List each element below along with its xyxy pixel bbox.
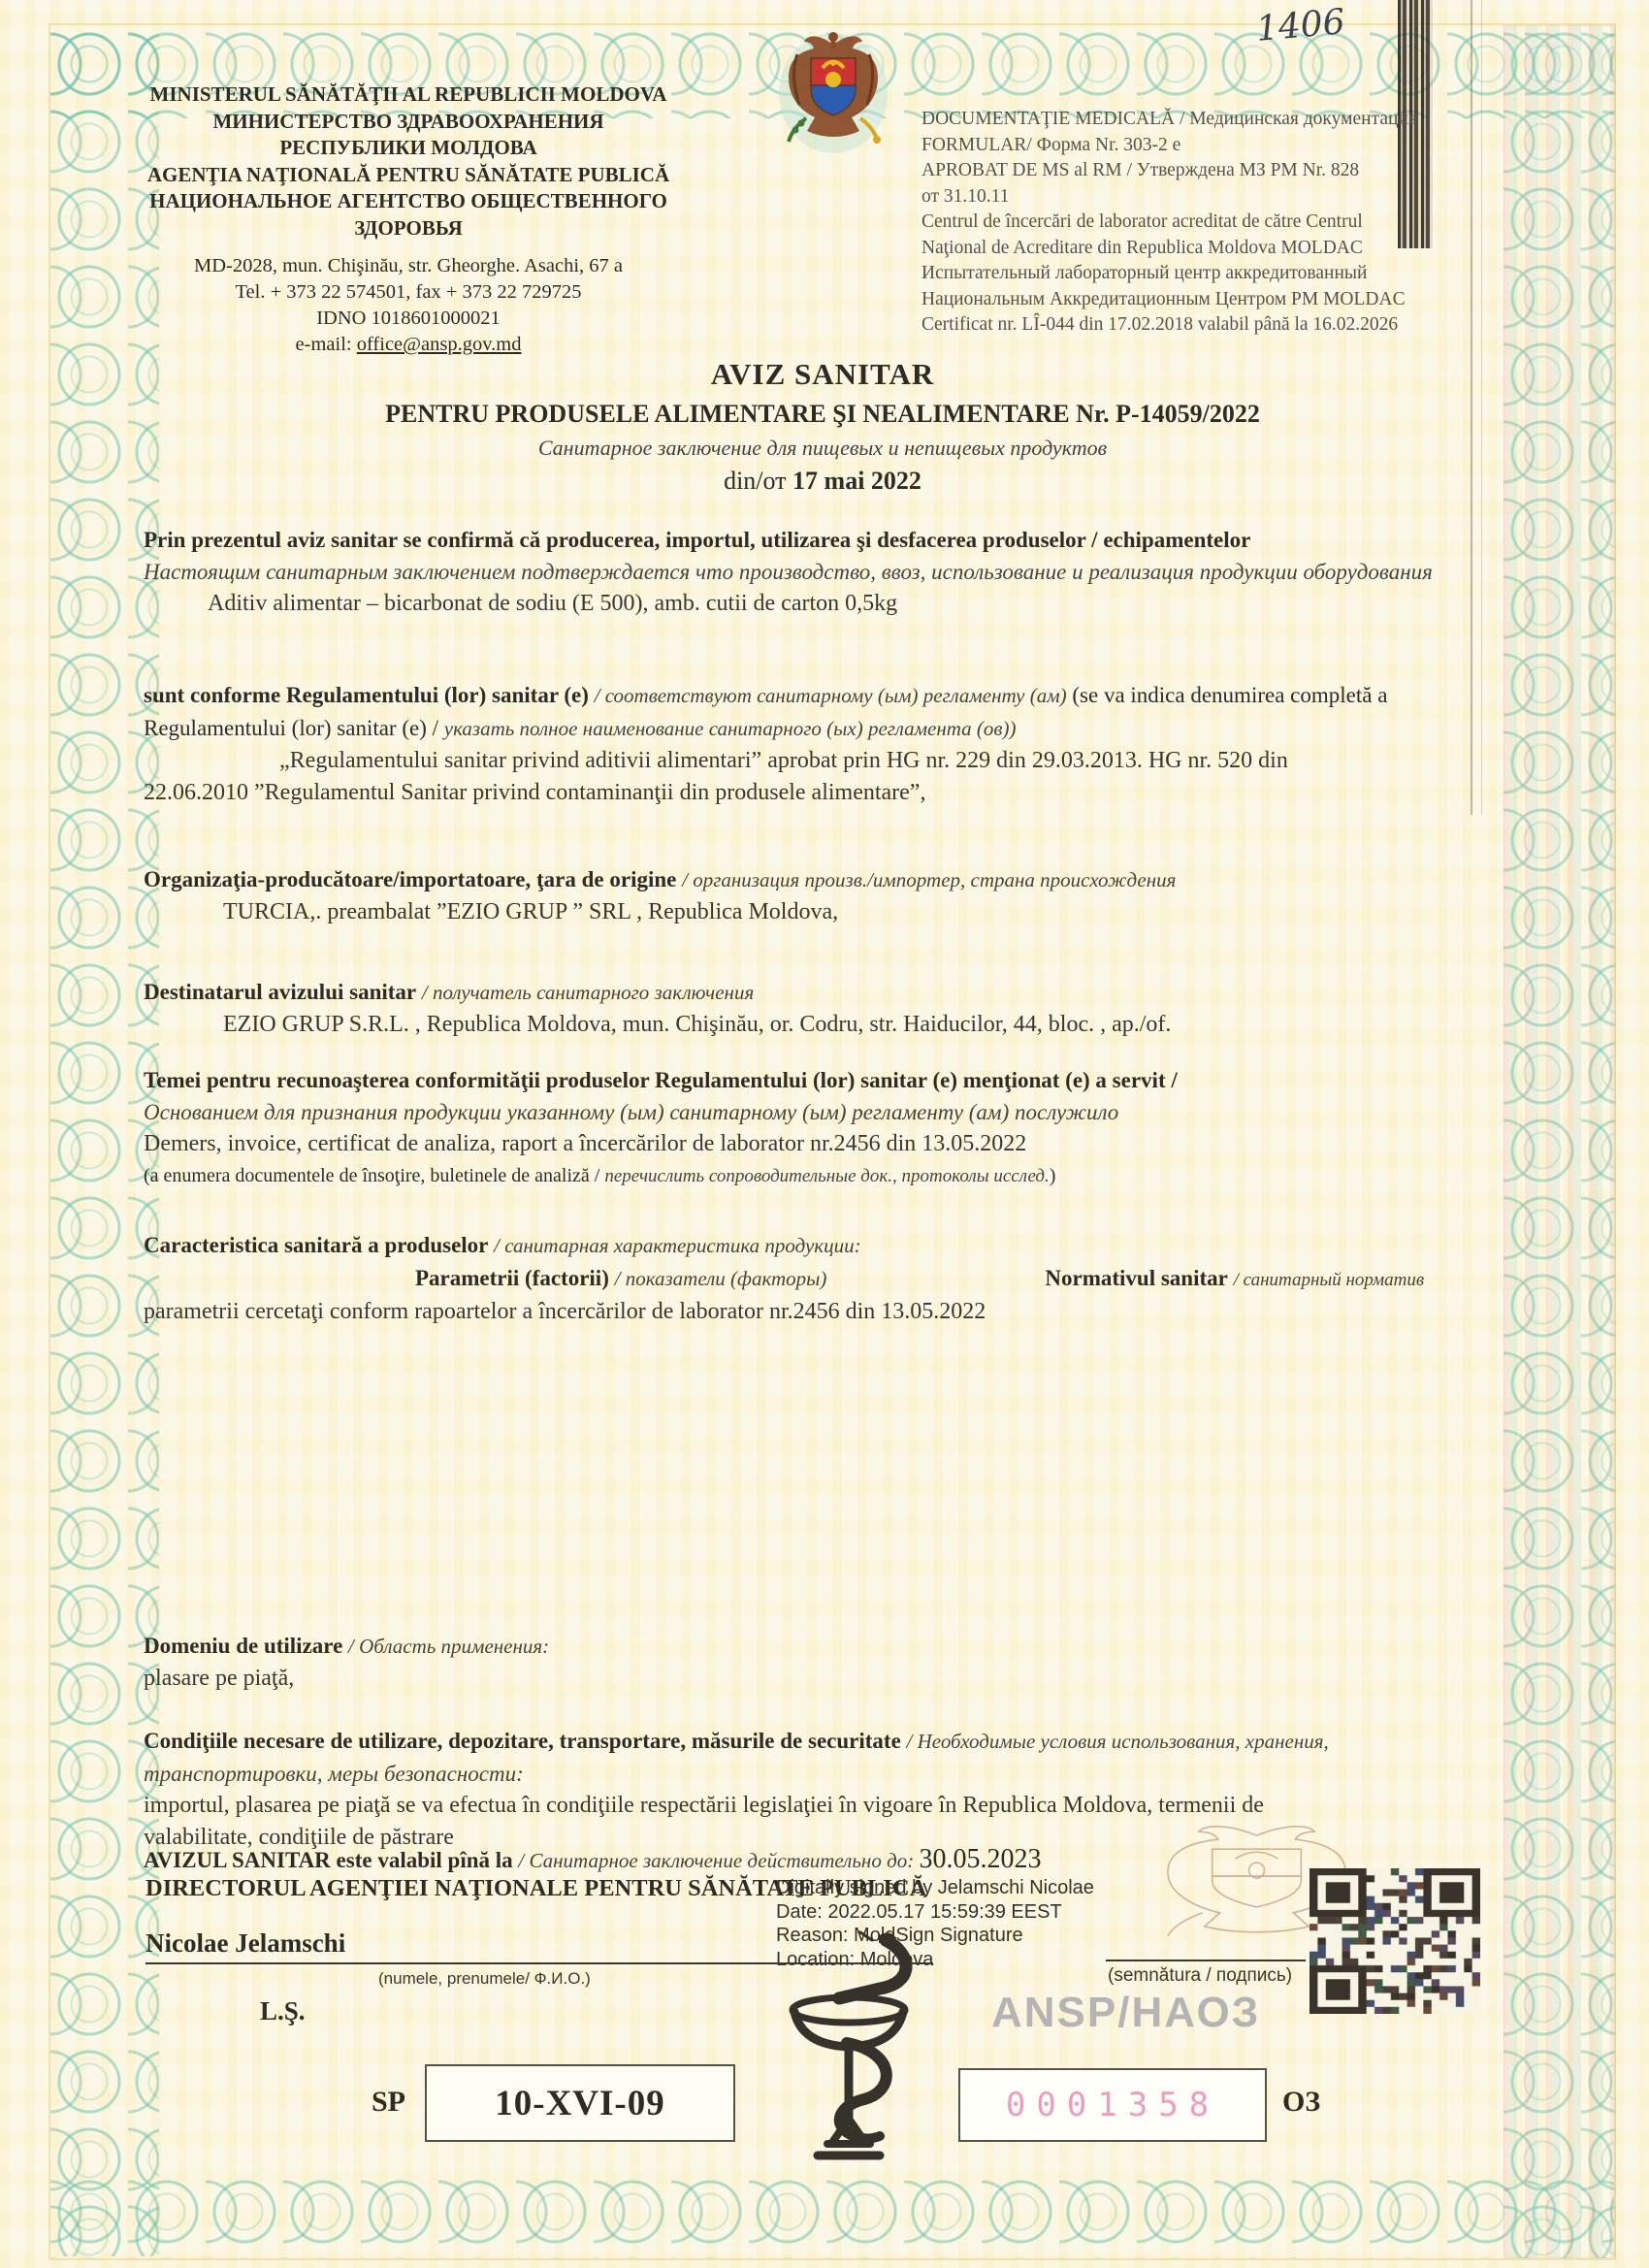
recipient-label: Destinatarul avizului sanitar / получате…	[144, 976, 1502, 1009]
regulation-value-2: 22.06.2010 ”Regulamentul Sanitar privind…	[144, 777, 1502, 809]
ministry-name-ru2: РЕСПУБЛИКИ МОЛДОВА	[134, 135, 683, 162]
document-title: AVIZ SANITAR	[145, 357, 1500, 392]
director-name: Nicolae Jelamschi	[145, 1928, 345, 1958]
signature-note: (semnătura / подпись)	[1108, 1965, 1292, 1987]
ministry-name-ro: MINISTERUL SĂNĂTĂŢII AL REPUBLICII MOLDO…	[134, 81, 683, 109]
seal-place-label: L.Ş.	[260, 1996, 306, 2026]
document-subtitle-ru: Санитарное заключение для пищевых и непи…	[145, 436, 1500, 461]
basis-value: Demers, invoice, certificat de analiza, …	[144, 1128, 1502, 1160]
guilloche-border-bottom	[50, 2173, 1614, 2258]
agency-name-ro: AGENŢIA NAŢIONALĂ PENTRU SĂNĂTATE PUBLIC…	[134, 162, 683, 189]
document-subtitle: PENTRU PRODUSELE ALIMENTARE ŞI NEALIMENT…	[145, 400, 1500, 429]
parameters-column-header: Parametrii (factorii) / показатели (факт…	[415, 1262, 826, 1296]
doc-type-line: DOCUMENTAŢIE MEDICALĂ / Медицинская доку…	[921, 107, 1474, 133]
norm-column-header: Normativul sanitar / санитарный норматив	[1045, 1262, 1424, 1296]
address-line: MD-2028, mun. Chişinău, str. Gheorghe. A…	[134, 253, 683, 279]
serial-number: 0001358	[1006, 2086, 1219, 2124]
section-confirmation: Prin prezentul aviz sanitar se confirmă …	[144, 524, 1502, 620]
digital-signature-line-1: Digitally signed by Jelamschi Nicolae	[776, 1876, 1094, 1900]
section-producer: Organizaţia-producătoare/importatoare, ţ…	[144, 863, 1502, 928]
recipient-value: EZIO GRUP S.R.L. , Republica Moldova, mu…	[144, 1009, 1502, 1041]
approval-date-line: от 31.10.11	[921, 184, 1474, 211]
section-usage-domain: Domeniu de utilizare / Область применени…	[144, 1630, 1502, 1695]
hygieia-bowl-icon	[771, 1927, 926, 2176]
sp-label: SP	[372, 2086, 405, 2119]
issue-date: 17 mai 2022	[792, 467, 921, 495]
ansp-watermark: ANSP/НАОЗ	[991, 1989, 1260, 2037]
characteristics-columns: Parametrii (factorii) / показатели (факт…	[144, 1262, 1502, 1296]
conditions-label-ru2: транспортировки, меры безопасности:	[144, 1758, 1502, 1790]
producer-value: TURCIA,. preambalat ”EZIO GRUP ” SRL , R…	[144, 896, 1502, 928]
section-regulation: sunt conforme Regulamentului (lor) sanit…	[144, 679, 1502, 809]
product-description: Aditiv alimentar – bicarbonat de sodiu (…	[144, 588, 1502, 620]
confirm-ro: Prin prezentul aviz sanitar se confirmă …	[144, 524, 1502, 556]
characteristics-label: Caracteristica sanitară a produselor / с…	[144, 1229, 1502, 1262]
digital-signature-line-2: Date: 2022.05.17 15:59:39 EEST	[776, 1900, 1094, 1925]
oz-label: ОЗ	[1282, 2086, 1320, 2119]
basis-note: (a enumera documentele de însoţire, bule…	[144, 1160, 1502, 1192]
form-number-line: FORMULAR/ Форма Nr. 303-2 е	[921, 133, 1474, 159]
date-prefix: din/от	[724, 467, 792, 495]
regulation-heading-2: Regulamentului (lor) sanitar (e) / указа…	[144, 712, 1502, 745]
usage-domain-value: plasare pe piaţă,	[144, 1663, 1502, 1695]
lab-accreditation-ro-2: Naţional de Acreditare din Republica Mol…	[921, 236, 1474, 262]
email-address: office@ansp.gov.md	[357, 334, 522, 355]
section-basis: Temei pentru recunoaşterea conformităţii…	[144, 1064, 1502, 1192]
regulation-heading-1: sunt conforme Regulamentului (lor) sanit…	[144, 679, 1502, 712]
scanned-certificate-page: 1406 MINISTERUL SĂNĂTĂŢII AL REPUBLICII …	[0, 0, 1649, 2268]
name-note: (numele, prenumele/ Ф.И.О.)	[378, 1969, 591, 1989]
confirm-ru: Настоящим санитарным заключением подтвер…	[144, 556, 1502, 588]
producer-label: Organizaţia-producătoare/importatoare, ţ…	[144, 863, 1502, 896]
ministry-name-ru: МИНИСТЕРСТВО ЗДРАВООХРАНЕНИЯ	[134, 109, 683, 136]
section-characteristics: Caracteristica sanitară a produselor / с…	[144, 1229, 1502, 1328]
email-label: e-mail:	[296, 334, 357, 355]
section-recipient: Destinatarul avizului sanitar / получате…	[144, 976, 1502, 1041]
handwritten-number: 1406	[1254, 2, 1346, 49]
document-date-line: din/от 17 mai 2022	[145, 467, 1500, 496]
moldova-coat-of-arms-icon	[776, 25, 890, 164]
lab-accreditation-ro-1: Centrul de încercări de laborator acredi…	[921, 210, 1474, 236]
email-line: e-mail: office@ansp.gov.md	[134, 332, 683, 358]
issuer-block: MINISTERUL SĂNĂTĂŢII AL REPUBLICII MOLDO…	[134, 81, 683, 358]
regulation-value-1: „Regulamentului sanitar privind aditivii…	[144, 745, 1502, 777]
form-code-box: 10-XVI-09	[425, 2064, 735, 2142]
agency-name-ru2: ЗДОРОВЬЯ	[134, 215, 683, 243]
characteristics-value: parametrii cercetaţi conform rapoartelor…	[144, 1296, 1502, 1328]
accreditation-certificate-line: Certificat nr. LÎ-044 din 17.02.2018 val…	[921, 312, 1474, 339]
form-code: 10-XVI-09	[495, 2083, 664, 2124]
lab-accreditation-ru-2: Национальным Аккредитационным Центром РМ…	[921, 287, 1474, 313]
usage-domain-label: Domeniu de utilizare / Область применени…	[144, 1630, 1502, 1663]
document-title-block: AVIZ SANITAR PENTRU PRODUSELE ALIMENTARE…	[145, 357, 1500, 496]
phone-line: Tel. + 373 22 574501, fax + 373 22 72972…	[134, 279, 683, 306]
qr-code	[1309, 1868, 1480, 2014]
serial-number-box: 0001358	[958, 2068, 1267, 2142]
agency-name-ru: НАЦИОНАЛЬНОЕ АГЕНТСТВО ОБЩЕСТВЕННОГО	[134, 188, 683, 215]
lab-accreditation-ru-1: Испытательный лабораторный центр аккреди…	[921, 261, 1474, 287]
conditions-value-1: importul, plasarea pe piaţă se va efectu…	[144, 1790, 1502, 1822]
approval-line: APROBAT DE MS al RM / Утверждена МЗ РМ N…	[921, 158, 1474, 184]
guilloche-border-right	[1503, 25, 1616, 2258]
validity-date: 30.05.2023	[919, 1844, 1041, 1874]
document-form-block: DOCUMENTAŢIE MEDICALĂ / Медицинская доку…	[921, 107, 1474, 339]
basis-label-ru: Основанием для признания продукции указа…	[144, 1096, 1502, 1128]
basis-label-ro: Temei pentru recunoaşterea conformităţii…	[144, 1064, 1502, 1096]
conditions-label: Condiţiile necesare de utilizare, depozi…	[144, 1725, 1502, 1758]
idno-line: IDNO 1018601000021	[134, 306, 683, 332]
